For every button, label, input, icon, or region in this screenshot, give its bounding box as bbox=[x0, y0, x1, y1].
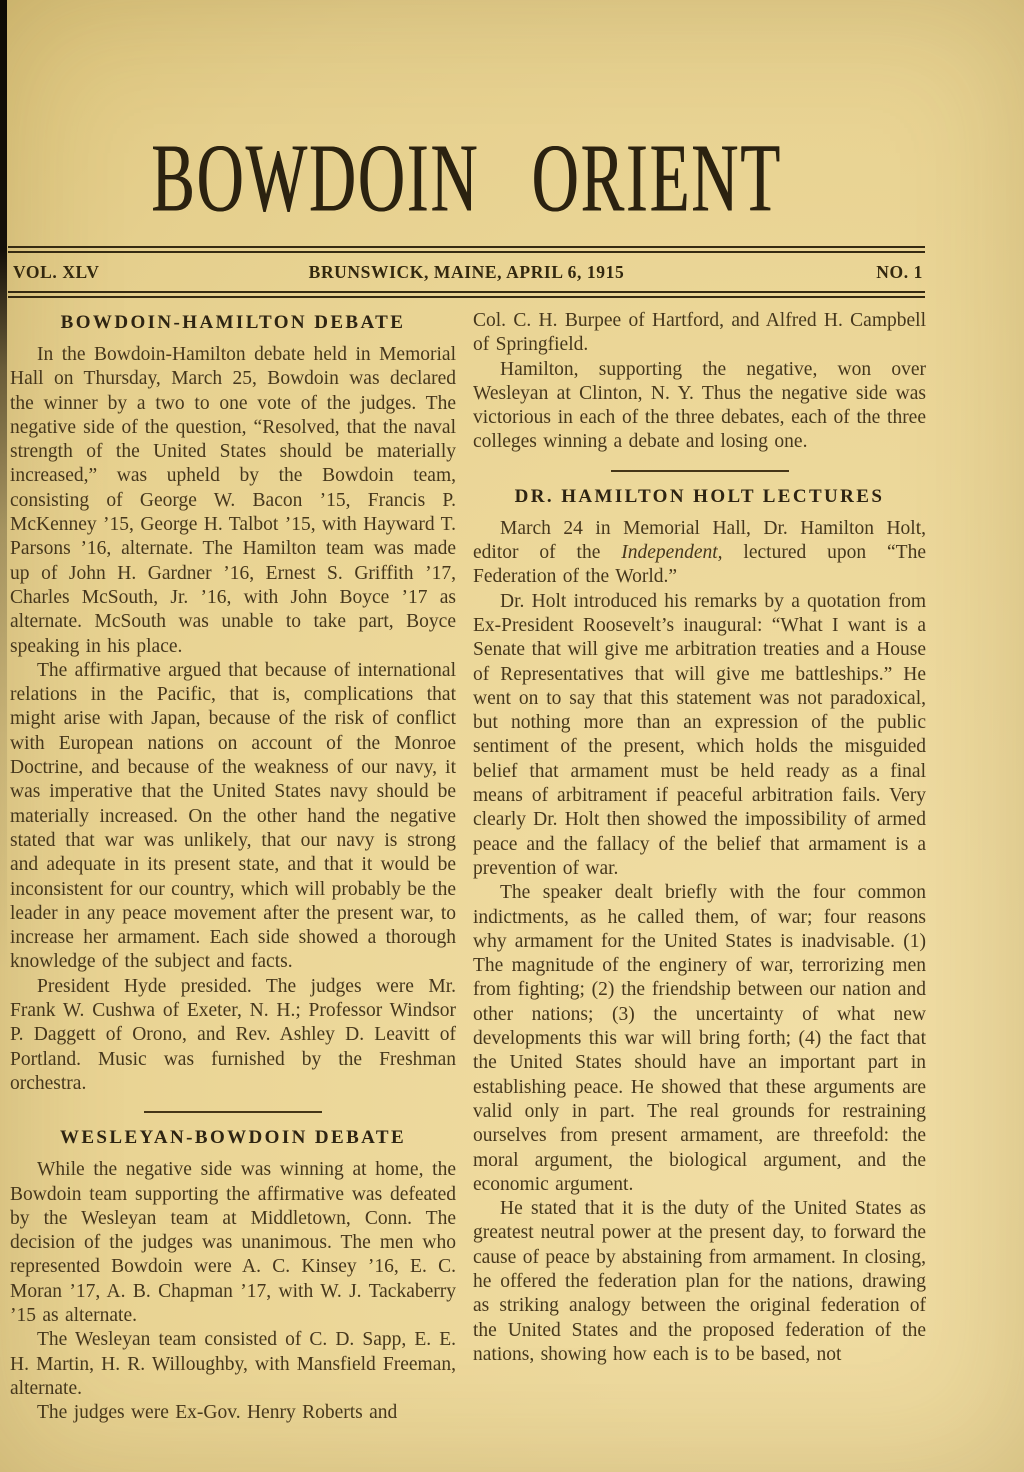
paragraph: In the Bowdoin-Hamilton debate held in M… bbox=[10, 343, 456, 659]
paragraph: President Hyde presided. The judges were… bbox=[10, 975, 456, 1096]
volume-label: VOL. XLV bbox=[8, 262, 99, 283]
masthead-rule-top bbox=[8, 246, 925, 253]
paragraph-with-italic: March 24 in Memorial Hall, Dr. Hamilton … bbox=[473, 517, 926, 590]
newspaper-page: BOWDOIN ORIENT VOL. XLV BRUNSWICK, MAINE… bbox=[0, 0, 1024, 1472]
article-heading-dr-hamilton-holt-lectures: DR. HAMILTON HOLT LECTURES bbox=[473, 485, 926, 508]
article-heading-bowdoin-hamilton-debate: BOWDOIN-HAMILTON DEBATE bbox=[10, 311, 456, 334]
paragraph: The judges were Ex-Gov. Henry Roberts an… bbox=[10, 1401, 456, 1425]
paragraph: Hamilton, supporting the negative, won o… bbox=[473, 358, 926, 455]
dateline-place-date: BRUNSWICK, MAINE, APRIL 6, 1915 bbox=[309, 262, 625, 283]
paragraph: While the negative side was winning at h… bbox=[10, 1158, 456, 1328]
issue-number: NO. 1 bbox=[876, 262, 925, 283]
masthead-title: BOWDOIN ORIENT bbox=[8, 100, 925, 259]
scan-binding-edge bbox=[0, 0, 7, 1472]
right-column: Col. C. H. Burpee of Hartford, and Alfre… bbox=[473, 309, 926, 1425]
article-heading-wesleyan-bowdoin-debate: WESLEYAN-BOWDOIN DEBATE bbox=[10, 1126, 456, 1149]
masthead-rule-bottom bbox=[8, 291, 925, 298]
paragraph: He stated that it is the duty of the Uni… bbox=[473, 1197, 926, 1367]
masthead: BOWDOIN ORIENT bbox=[8, 126, 925, 232]
paragraph: The Wesleyan team consisted of C. D. Sap… bbox=[10, 1328, 456, 1401]
paragraph: The affirmative argued that because of i… bbox=[10, 659, 456, 975]
left-column: BOWDOIN-HAMILTON DEBATE In the Bowdoin-H… bbox=[10, 309, 456, 1425]
dateline: VOL. XLV BRUNSWICK, MAINE, APRIL 6, 1915… bbox=[8, 257, 925, 288]
publication-name-italic: Independent, bbox=[621, 542, 722, 563]
article-divider-rule bbox=[144, 1111, 322, 1113]
article-divider-rule bbox=[611, 470, 789, 472]
paragraph: The speaker dealt briefly with the four … bbox=[473, 881, 926, 1197]
article-columns: BOWDOIN-HAMILTON DEBATE In the Bowdoin-H… bbox=[10, 309, 926, 1425]
paragraph: Dr. Holt introduced his remarks by a quo… bbox=[473, 590, 926, 882]
paragraph-continuation: Col. C. H. Burpee of Hartford, and Alfre… bbox=[473, 309, 926, 358]
